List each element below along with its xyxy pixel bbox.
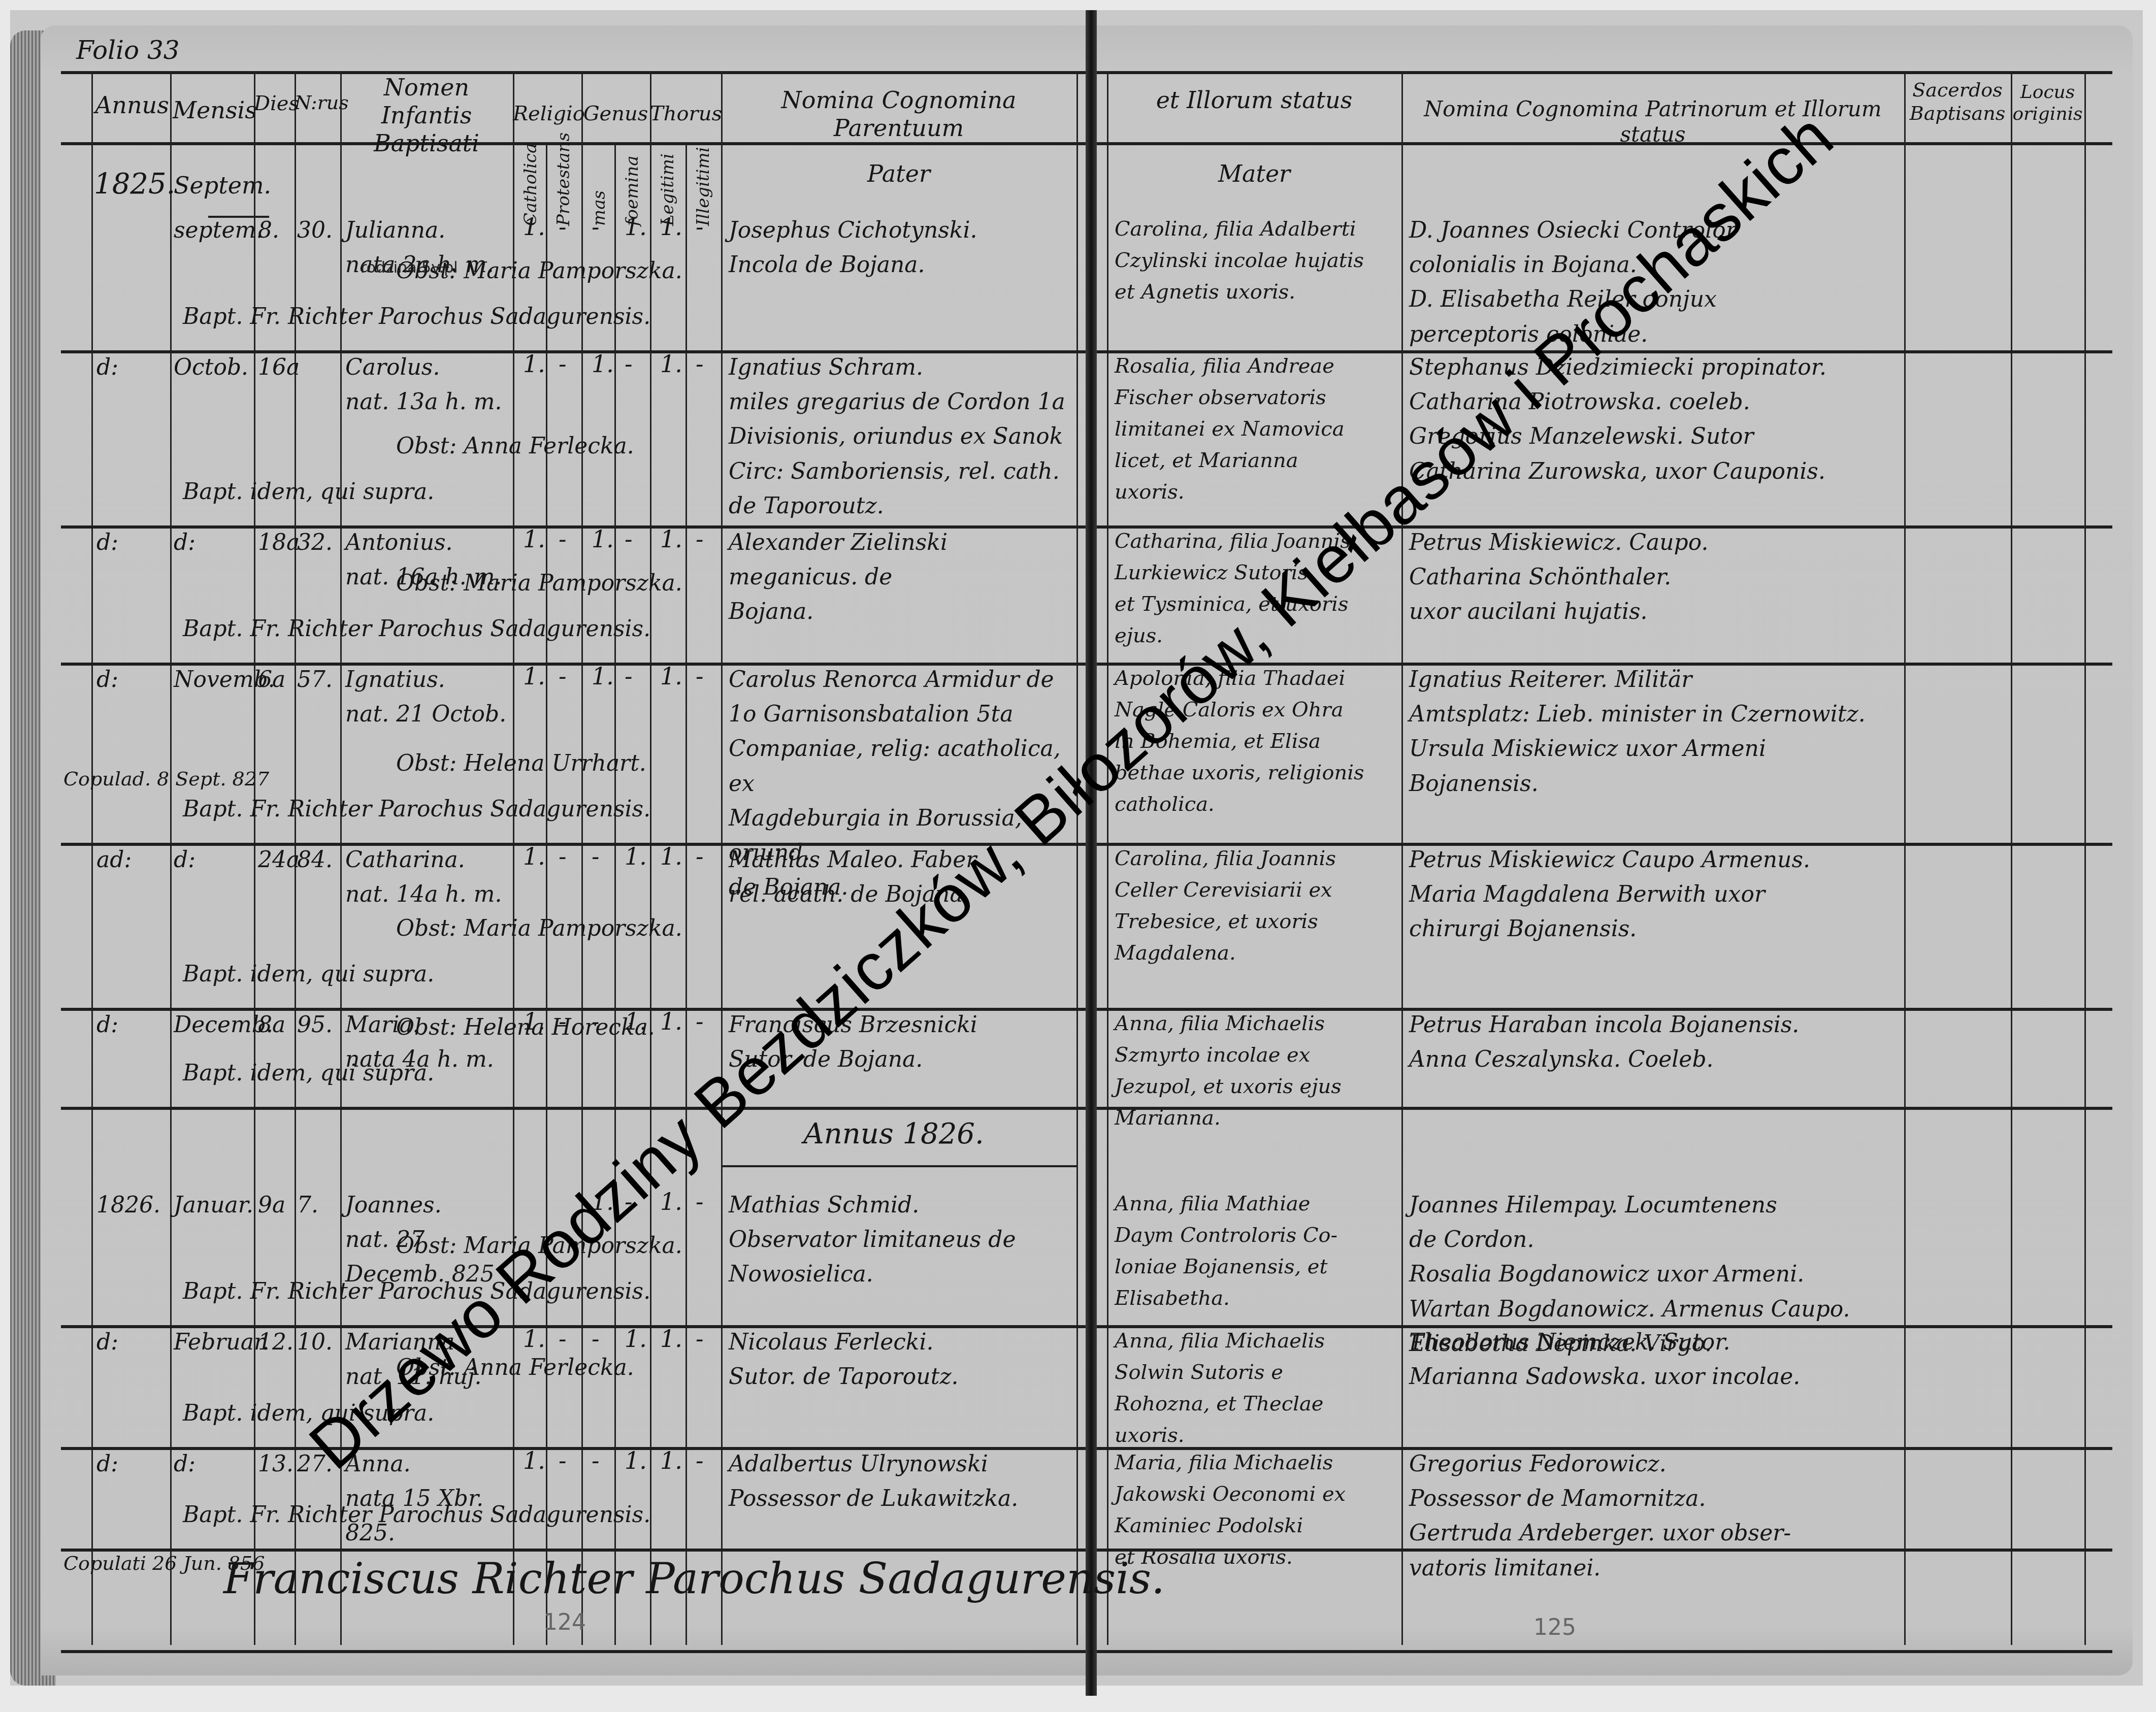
entry-column-mark: 1.	[660, 350, 682, 378]
header-annus: Annus	[94, 91, 170, 119]
entry-column-mark: 1.	[523, 213, 545, 241]
entry-column-mark: -	[625, 350, 633, 378]
entry-dies: 24a	[258, 843, 300, 877]
entry-column-mark: -	[559, 213, 567, 241]
entry-annus: d:	[96, 1447, 118, 1481]
entry-patrini: Petrus Miskiewicz Caupo Armenus. Maria M…	[1409, 843, 1902, 947]
entry-side-note: Copulad. 8 Sept. 827	[63, 764, 269, 794]
entry-column-mark: -	[696, 1447, 704, 1474]
entry-mater: Carolina, filia Joannis Celler Cerevisia…	[1115, 843, 1399, 969]
header-mater: Mater	[1107, 160, 1401, 188]
entry-column-mark: 1.	[523, 663, 545, 690]
entry-column-mark: -	[592, 213, 600, 241]
header-locus: Locus originis	[2011, 81, 2084, 125]
entry-column-mark: -	[625, 663, 633, 690]
entry-column-mark: 1.	[523, 350, 545, 378]
entry-numerus: 30.	[297, 213, 333, 248]
entry-mater: Carolina, filia Adalberti Czylinski inco…	[1115, 213, 1399, 308]
header-parentum: Nomina Cognomina Parentuum	[721, 86, 1076, 142]
closing-signature: Franciscus Richter Parochus Sadagurensis…	[223, 1554, 1165, 1603]
book-gutter	[1086, 10, 1097, 1696]
entry-column-mark: -	[592, 843, 600, 870]
header-thorus: Thorus	[650, 102, 721, 126]
entry-patrini: Theodorus Niemczek. Sutor. Marianna Sado…	[1409, 1325, 1902, 1394]
entry-numerus: 95.	[297, 1008, 333, 1042]
entry-column-mark: -	[696, 213, 704, 241]
entry-dies: 18a	[258, 525, 300, 560]
entry-column-mark: 1.	[592, 525, 614, 553]
entry-mensis: d:	[174, 843, 195, 877]
entry-patrini: Petrus Haraban incola Bojanensis. Anna C…	[1409, 1008, 1902, 1077]
entry-dies: 12.	[258, 1325, 293, 1360]
entry-column-mark: -	[696, 663, 704, 690]
entry-annus: ad:	[96, 843, 132, 877]
entry-column-mark: 1.	[625, 1325, 647, 1353]
entry-annus: d:	[96, 350, 118, 385]
entry-mensis: Januar.	[174, 1188, 253, 1223]
entry-pater: Nicolaus Ferlecki. Sutor. de Taporoutz.	[729, 1325, 1074, 1394]
entry-column-mark: -	[559, 350, 567, 378]
folio-number: Folio 33	[76, 36, 180, 65]
entry-column-mark: -	[592, 1447, 600, 1474]
entry-dies: 8.	[258, 213, 279, 248]
entry-patrini: Gregorius Fedorowicz. Possessor de Mamor…	[1409, 1447, 1902, 1586]
entry-mater: Rosalia, filia Andreae Fischer observato…	[1115, 350, 1399, 508]
entry-column-mark: -	[696, 525, 704, 553]
entry-column-mark: 1.	[660, 843, 682, 870]
entry-pater: Ignatius Schram. miles gregarius de Cord…	[729, 350, 1074, 523]
entry-column-mark: 1.	[523, 843, 545, 870]
header-nomen-infantis: Nomen Infantis Baptisati	[340, 74, 513, 158]
header-dies: Dies	[254, 91, 295, 116]
entry-baptizans: Bapt. idem, qui supra.	[183, 957, 434, 992]
entry-dies: 9a	[258, 1188, 285, 1223]
entry-pater: Adalbertus Ulrynowski Possessor de Lukaw…	[729, 1447, 1074, 1516]
year-divider-1826: Annus 1826.	[731, 1117, 1056, 1151]
entry-column-mark: -	[696, 1188, 704, 1215]
entry-mensis: Octob.	[174, 350, 248, 385]
entry-baptizans: Bapt. Fr. Richter Parochus Sadagurensis.	[183, 1498, 650, 1532]
entry-annus: 1826.	[96, 1188, 160, 1223]
entry-obstetrix: Obst: Helena Horecka.	[396, 1010, 655, 1045]
entry-mensis: Februar.	[174, 1325, 269, 1360]
entry-column-mark: 1.	[592, 350, 614, 378]
entry-dies: 16a	[258, 350, 300, 385]
entry-baptizans: Bapt. idem, qui supra.	[183, 475, 434, 509]
entry-numerus: 84.	[297, 843, 333, 877]
entry-column-mark: 1.	[660, 1325, 682, 1353]
entry-column-mark: 1.	[660, 1008, 682, 1035]
entry-mater: Anna, filia Michaelis Solwin Sutoris e R…	[1115, 1325, 1399, 1451]
entry-infans-name: Catharina. nat. 14a h. m.	[345, 843, 513, 912]
header-sacerdos: Sacerdos Baptisans	[1904, 79, 2011, 125]
entry-column-mark: 1.	[660, 213, 682, 241]
entry-obstetrix: Obst: Maria Pamporszka.	[396, 566, 682, 601]
entry-column-mark: 1.	[523, 525, 545, 553]
site-stamp: rodzina.5v.pl	[361, 259, 458, 277]
entry-column-mark: 1.	[523, 1447, 545, 1474]
header-pater: Pater	[721, 160, 1076, 188]
entry-mensis: d:	[174, 525, 195, 560]
entry-dies: 6a	[258, 663, 285, 697]
entry-column-mark: 1.	[592, 663, 614, 690]
entry-infans-name: Ignatius. nat. 21 Octob.	[345, 663, 513, 732]
entry-baptizans: Bapt. Fr. Richter Parochus Sadagurensis.	[183, 300, 650, 334]
entry-pater: Josephus Cichotynski. Incola de Bojana.	[729, 213, 1074, 282]
entry-column-mark: -	[696, 1325, 704, 1353]
entry-annus: d:	[96, 525, 118, 560]
entry-column-mark: 1.	[625, 213, 647, 241]
entry-mensis: d:	[174, 1447, 195, 1481]
entry-annus: d:	[96, 1008, 118, 1042]
entry-column-mark: -	[592, 1325, 600, 1353]
entry-column-mark: 1.	[523, 1325, 545, 1353]
header-parentum-status: et Illorum status	[1107, 86, 1401, 114]
entry-column-mark: -	[696, 1008, 704, 1035]
entry-annus: d:	[96, 663, 118, 697]
entry-numerus: 7.	[297, 1188, 318, 1223]
header-mensis: Mensis	[173, 96, 254, 124]
entry-baptizans: Bapt. idem, qui supra.	[183, 1056, 434, 1091]
entry-column-mark: -	[559, 843, 567, 870]
entry-obstetrix: Obst: Maria Pamporszka.	[396, 911, 682, 946]
entry-mater: Anna, filia Mathiae Daym Controloris Co-…	[1115, 1188, 1399, 1314]
entry-patrini: Ignatius Reiterer. Militär Amtsplatz: Li…	[1409, 663, 1902, 801]
entry-obstetrix: Obst: Anna Ferlecka.	[396, 429, 634, 464]
entry-column-mark: 1.	[625, 1447, 647, 1474]
entry-baptizans: Bapt. Fr. Richter Parochus Sadagurensis.	[183, 612, 650, 646]
entry-numerus: 32.	[297, 525, 333, 560]
entry-mensis: septem.	[174, 213, 263, 248]
entry-mater: Anna, filia Michaelis Szmyrto incolae ex…	[1115, 1008, 1399, 1134]
entry-infans-name: Carolus. nat. 13a h. m.	[345, 350, 513, 419]
year-mensis: Septem.	[174, 168, 271, 204]
entry-pater: Alexander Zielinski meganicus. de Bojana…	[729, 525, 1074, 630]
header-numerus: N:rus	[295, 91, 340, 115]
page-number-right: 125	[1533, 1615, 1576, 1640]
entry-dies: 8a	[258, 1008, 285, 1042]
open-register-book: Folio 33 Annus Mensis Dies N:rus Nomen I…	[10, 10, 2143, 1686]
header-genus: Genus	[581, 102, 650, 126]
entry-numerus: 57.	[297, 663, 333, 697]
left-page: Folio 33 Annus Mensis Dies N:rus Nomen I…	[41, 25, 1087, 1675]
entry-pater: Mathias Schmid. Observator limitaneus de…	[729, 1188, 1074, 1292]
entry-obstetrix: Obst: Helena Urrhart.	[396, 746, 646, 781]
entry-column-mark: -	[559, 1325, 567, 1353]
entry-column-mark: 1.	[660, 663, 682, 690]
page-number-left: 124	[543, 1609, 586, 1635]
entry-column-mark: -	[559, 663, 567, 690]
entry-column-mark: 1.	[660, 525, 682, 553]
entry-patrini: Petrus Miskiewicz. Caupo. Catharina Schö…	[1409, 525, 1902, 630]
entry-column-mark: 1.	[660, 1447, 682, 1474]
entry-column-mark: -	[559, 1447, 567, 1474]
entry-baptizans: Bapt. Fr. Richter Parochus Sadagurensis.	[183, 792, 650, 827]
header-religio: Religio	[513, 102, 581, 126]
entry-numerus: 10.	[297, 1325, 333, 1360]
entry-column-mark: -	[559, 525, 567, 553]
entry-annus: d:	[96, 1325, 118, 1360]
entry-column-mark: -	[625, 525, 633, 553]
entry-column-mark: -	[696, 843, 704, 870]
entry-baptizans: Bapt. Fr. Richter Parochus Sadagurensis.	[183, 1274, 650, 1309]
year-annus: 1825.	[94, 162, 175, 207]
entry-column-mark: -	[696, 350, 704, 378]
entry-dies: 13.	[258, 1447, 293, 1481]
entry-column-mark: 1.	[625, 843, 647, 870]
